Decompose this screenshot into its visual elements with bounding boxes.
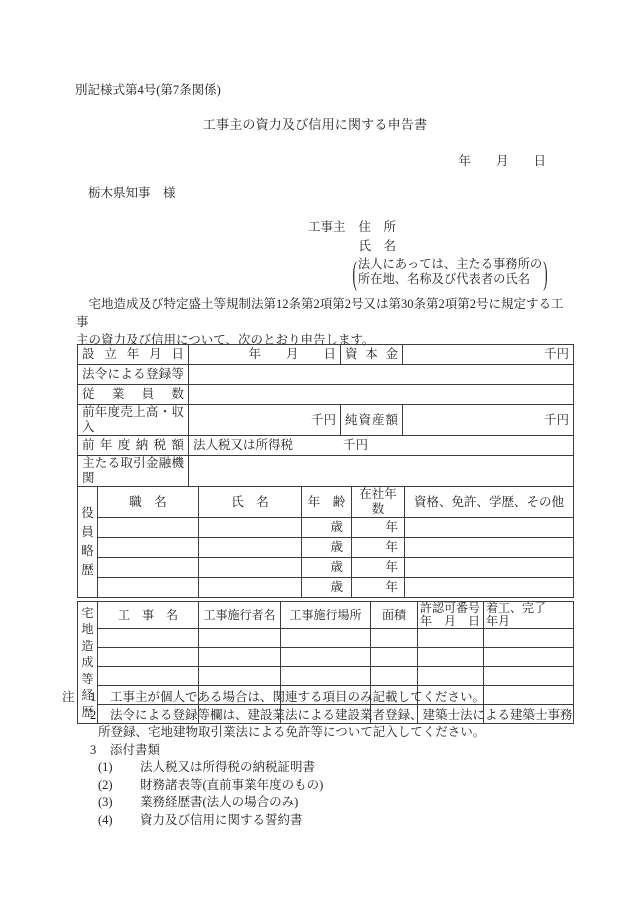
corporate-note-text: 法人にあっては、主たる事務所の 所在地、名称及び代表者の氏名: [358, 257, 542, 287]
officer-name-cell: [199, 538, 302, 558]
attachment-text: 法人税又は所得税の納税証明書: [140, 760, 315, 774]
attachment-item: (1) 法人税又は所得税の納税証明書: [62, 759, 576, 777]
table-row: 歳 年: [78, 538, 574, 558]
work-permit-cell: [418, 648, 484, 667]
officer-name-cell: [199, 578, 302, 598]
officer-age-cell: 歳: [302, 578, 352, 598]
attachment-text: 資力及び信用に関する誓約書: [140, 813, 303, 827]
legal-registration-value: [189, 365, 574, 385]
officer-age-cell: 歳: [302, 558, 352, 578]
work-name-header: 工 事 名: [98, 602, 199, 629]
officer-qualifications-cell: [405, 538, 574, 558]
work-period-cell: [484, 648, 574, 667]
work-contractor-cell: [199, 648, 281, 667]
table-row: 従業員数: [78, 385, 574, 405]
capital-value: 千円: [403, 345, 574, 365]
company-info-table: 設立年月日 年 月 日 資本金 千円 法令による登録等 従業員数 前年度売上高・…: [77, 344, 574, 487]
attachment-text: 業務経歴書(法人の場合のみ): [140, 795, 298, 809]
work-contractor-header: 工事施行者名: [199, 602, 281, 629]
work-location-cell: [281, 648, 371, 667]
officer-position-cell: [98, 558, 199, 578]
work-name-cell: [98, 629, 199, 648]
work-location-cell: [281, 629, 371, 648]
attachment-number: (3): [98, 794, 113, 812]
attachment-number: (4): [98, 812, 113, 830]
note-text: 工事主が個人である場合は、関連する項目のみ記載してください。: [110, 690, 485, 704]
work-period-header: 着工、完了 年月: [484, 602, 574, 629]
attachment-text: 財務諸表等(直前事業年度のもの): [140, 778, 323, 792]
form-page: 別記様式第4号(第7条関係) 工事主の資力及び信用に関する申告書 年 月 日 栃…: [0, 0, 630, 903]
table-row: [78, 667, 574, 686]
work-period-cell: [484, 667, 574, 686]
position-header: 職 名: [98, 487, 199, 518]
qualifications-header: 資格、免許、学歴、その他: [405, 487, 574, 518]
establishment-date-label: 設立年月日: [78, 345, 189, 365]
main-bank-value: [189, 456, 574, 487]
note-item: 2 法令による登録等欄は、建設業法による建設業者登録、建築士法による建築士事務 …: [62, 707, 576, 742]
officer-position-cell: [98, 518, 199, 538]
work-area-cell: [371, 629, 418, 648]
table-row: [78, 629, 574, 648]
capital-label: 資本金: [341, 345, 403, 365]
table-row: 歳 年: [78, 558, 574, 578]
officer-name-cell: [199, 558, 302, 578]
open-paren: (: [352, 248, 358, 296]
work-name-cell: [98, 648, 199, 667]
close-paren: ): [542, 248, 548, 296]
employee-count-value: [189, 385, 574, 405]
officer-qualifications-cell: [405, 558, 574, 578]
table-row: 前年度売上高・収入 千円 純資産額 千円: [78, 405, 574, 436]
officer-tenure-cell: 年: [352, 538, 405, 558]
table-row: 法令による登録等: [78, 365, 574, 385]
work-contractor-cell: [199, 629, 281, 648]
officer-tenure-cell: 年: [352, 518, 405, 538]
officer-position-cell: [98, 538, 199, 558]
officer-age-cell: 歳: [302, 538, 352, 558]
date-line: 年 月 日: [0, 151, 546, 169]
table-row: 設立年月日 年 月 日 資本金 千円: [78, 345, 574, 365]
note-text: 添付書類: [110, 743, 160, 757]
tenure-header: 在社年数: [352, 487, 405, 518]
note-text: 法令による登録等欄は、建設業法による建設業者登録、建築士法による建築士事務 所登…: [98, 708, 573, 740]
applicant-name-label: 氏 名: [359, 237, 549, 256]
officer-tenure-cell: 年: [352, 558, 405, 578]
tax-paid-label: 前年度納税額: [78, 436, 189, 456]
declaration-text: 宅地造成及び特定盛土等規制法第12条第2項第2号又は第30条第2項第2号に規定す…: [76, 295, 574, 349]
net-assets-label: 純資産額: [341, 405, 403, 436]
legal-registration-label: 法令による登録等: [78, 365, 189, 385]
table-row: 歳 年: [78, 578, 574, 598]
applicant-fields: 住 所 氏 名 ( 法人にあっては、主たる事務所の 所在地、名称及び代表者の氏名…: [359, 218, 549, 287]
age-header: 年 齢: [302, 487, 352, 518]
attachment-number: (1): [98, 759, 113, 777]
applicant-block: 工事主 住 所 氏 名 ( 法人にあっては、主たる事務所の 所在地、名称及び代表…: [308, 218, 549, 287]
sales-value: 千円: [189, 405, 341, 436]
officers-side-label: 役 員 略 歴: [78, 487, 98, 598]
name-header: 氏 名: [199, 487, 302, 518]
table-row: 役 員 略 歴 職 名 氏 名 年 齢 在社年数 資格、免許、学歴、その他: [78, 487, 574, 518]
work-area-cell: [371, 648, 418, 667]
officer-name-cell: [199, 518, 302, 538]
attachment-item: (2) 財務諸表等(直前事業年度のもの): [62, 777, 576, 795]
addressee-line: 栃木県知事 様: [88, 183, 176, 201]
table-row: [78, 648, 574, 667]
attachment-item: (3) 業務経歴書(法人の場合のみ): [62, 794, 576, 812]
note-item: 3 添付書類: [62, 742, 576, 760]
work-permit-cell: [418, 667, 484, 686]
applicant-role-label: 工事主: [308, 218, 346, 237]
officer-qualifications-cell: [405, 578, 574, 598]
table-row: 歳 年: [78, 518, 574, 538]
officer-tenure-cell: 年: [352, 578, 405, 598]
note-number: 1: [90, 689, 96, 707]
attachment-number: (2): [98, 777, 113, 795]
officer-age-cell: 歳: [302, 518, 352, 538]
officer-qualifications-cell: [405, 518, 574, 538]
work-permit-cell: [418, 629, 484, 648]
note-item: 注 1 工事主が個人である場合は、関連する項目のみ記載してください。: [62, 689, 576, 707]
page-title: 工事主の資力及び信用に関する申告書: [0, 114, 630, 133]
form-number: 別記様式第4号(第7条関係): [75, 80, 221, 98]
table-row: 宅 地 造 成 等 経 歴 工 事 名 工事施行者名 工事施行場所 面積 許認可…: [78, 602, 574, 629]
form-tables: 設立年月日 年 月 日 資本金 千円 法令による登録等 従業員数 前年度売上高・…: [77, 344, 573, 724]
table-row: 前年度納税額 法人税又は所得税 千円: [78, 436, 574, 456]
applicant-address-label: 住 所: [359, 218, 549, 237]
sales-label: 前年度売上高・収入: [78, 405, 189, 436]
employee-count-label: 従業員数: [78, 385, 189, 405]
work-contractor-cell: [199, 667, 281, 686]
work-name-cell: [98, 667, 199, 686]
work-location-cell: [281, 667, 371, 686]
work-period-cell: [484, 629, 574, 648]
corporate-note: ( 法人にあっては、主たる事務所の 所在地、名称及び代表者の氏名 ): [352, 257, 549, 287]
work-location-header: 工事施行場所: [281, 602, 371, 629]
table-row: 主たる取引金融機関: [78, 456, 574, 487]
notes-section: 注 1 工事主が個人である場合は、関連する項目のみ記載してください。 2 法令に…: [62, 689, 576, 829]
work-area-cell: [371, 667, 418, 686]
establishment-date-value: 年 月 日: [189, 345, 341, 365]
officers-history-table: 役 員 略 歴 職 名 氏 名 年 齢 在社年数 資格、免許、学歴、その他 歳 …: [77, 486, 574, 598]
tax-paid-value: 法人税又は所得税 千円: [189, 436, 574, 456]
note-number: 2: [90, 707, 96, 725]
work-area-header: 面積: [371, 602, 418, 629]
note-number: 3: [90, 742, 96, 760]
net-assets-value: 千円: [403, 405, 574, 436]
attachment-item: (4) 資力及び信用に関する誓約書: [62, 812, 576, 830]
note-mark: 注: [62, 689, 75, 707]
main-bank-label: 主たる取引金融機関: [78, 456, 189, 487]
officer-position-cell: [98, 578, 199, 598]
work-permit-header: 許認可番号 年 月 日: [418, 602, 484, 629]
